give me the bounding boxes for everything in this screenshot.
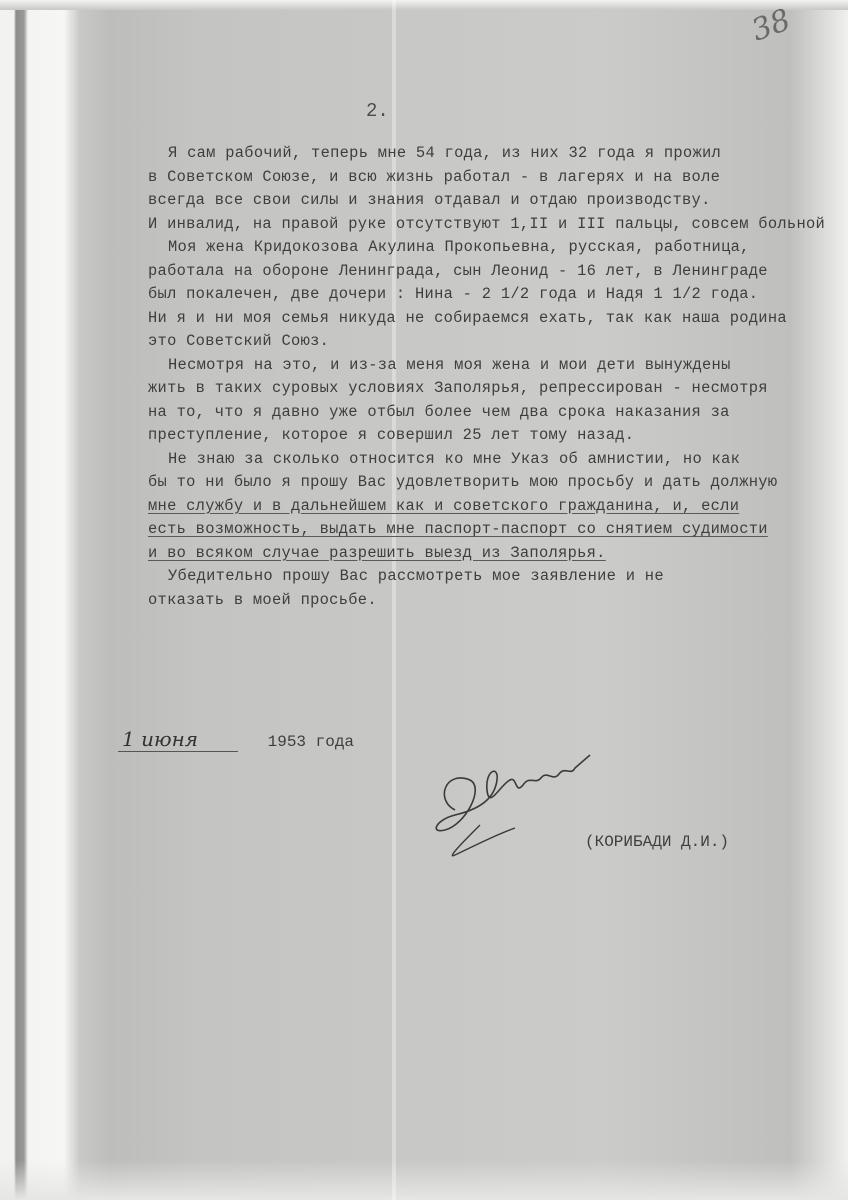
text-line: был покалечен, две дочери : Нина - 2 1/2… <box>148 283 808 307</box>
text-line: это Советский Союз. <box>148 330 808 354</box>
handwritten-date: 1 июня <box>118 727 238 752</box>
text-line: работала на обороне Ленинграда, сын Леон… <box>148 260 808 284</box>
text-line: бы то ни было я прошу Вас удовлетворить … <box>148 471 808 495</box>
text-line: Несмотря на это, и из-за меня моя жена и… <box>148 354 808 378</box>
date-line: 1 июня 1953 года <box>118 727 354 751</box>
text-line: Ни я и ни моя семья никуда не собираемся… <box>148 307 808 331</box>
text-line: Не знаю за сколько относится ко мне Указ… <box>148 448 808 472</box>
paper-bottom-edge <box>0 1160 848 1200</box>
text-line: преступление, которое я совершил 25 лет … <box>148 424 808 448</box>
text-line: мне службу и в дальнейшем как и советско… <box>148 495 808 519</box>
signature-icon <box>425 740 605 860</box>
text-line: И инвалид, на правой руке отсутствуют 1,… <box>148 213 808 237</box>
text-line: есть возможность, выдать мне паспорт-пас… <box>148 518 808 542</box>
letter-body: Я сам рабочий, теперь мне 54 года, из ни… <box>148 142 808 612</box>
text-line: всегда все свои силы и знания отдавал и … <box>148 189 808 213</box>
text-line: отказать в моей просьбе. <box>148 589 808 613</box>
text-line: на то, что я давно уже отбыл более чем д… <box>148 401 808 425</box>
typed-year: 1953 года <box>268 733 354 751</box>
text-line: и во всяком случае разрешить выезд из За… <box>148 542 808 566</box>
text-line: в Советском Союзе, и всю жизнь работал -… <box>148 166 808 190</box>
signer-name: (КОРИБАДИ Д.И.) <box>585 833 729 851</box>
page-number: 2. <box>366 100 389 122</box>
text-line: Моя жена Кридокозова Акулина Прокопьевна… <box>148 236 808 260</box>
text-line: жить в таких суровых условиях Заполярья,… <box>148 377 808 401</box>
text-line: Я сам рабочий, теперь мне 54 года, из ни… <box>148 142 808 166</box>
text-line: Убедительно прошу Вас рассмотреть мое за… <box>148 565 808 589</box>
paper-top-edge <box>0 0 848 10</box>
